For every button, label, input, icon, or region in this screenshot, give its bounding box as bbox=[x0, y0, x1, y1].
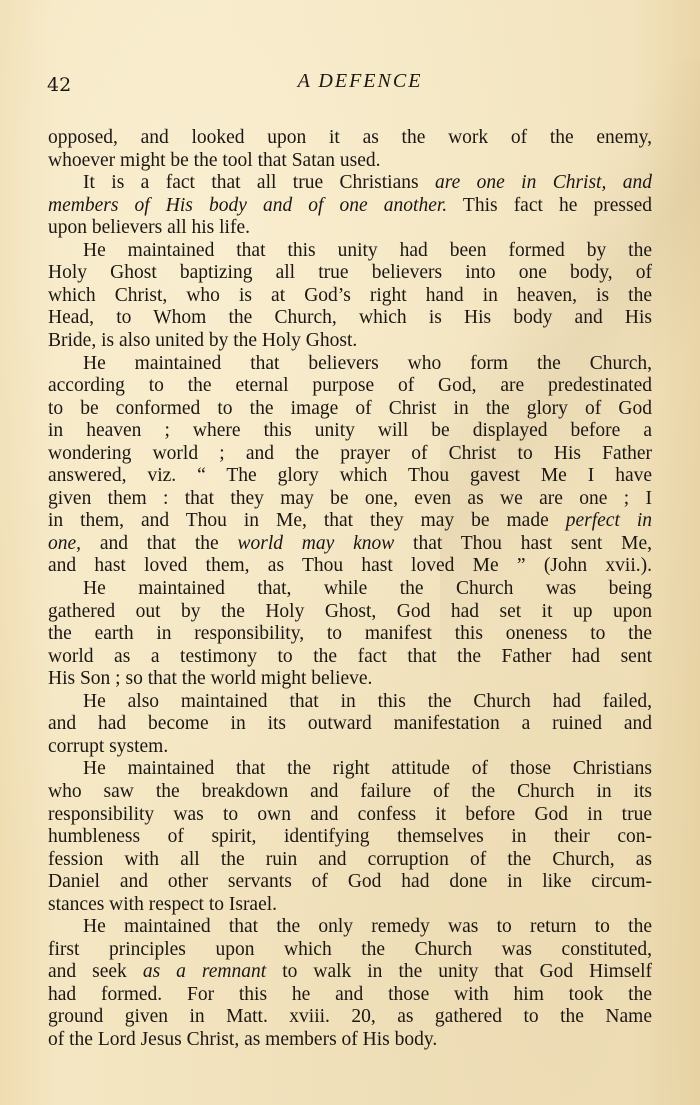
text-line: whoever might be the tool that Satan use… bbox=[48, 149, 652, 173]
italic-text: members of His body and of one another. bbox=[48, 195, 447, 216]
line-text: in heaven ; where this unity will be dis… bbox=[48, 420, 652, 441]
text-line: He also maintained that in this the Chur… bbox=[48, 690, 652, 714]
text-line: in heaven ; where this unity will be dis… bbox=[48, 419, 652, 443]
text-line: He maintained that the right attitude of… bbox=[48, 757, 652, 781]
line-text: gathered out by the Holy Ghost, God had … bbox=[48, 601, 652, 622]
line-text: to walk in the unity that God Himself bbox=[266, 961, 652, 982]
line-text: He maintained that believers who form th… bbox=[83, 353, 652, 374]
text-line: and hast loved them, as Thou hast loved … bbox=[48, 554, 652, 578]
text-line: He maintained that this unity had been f… bbox=[48, 239, 652, 263]
line-text: He maintained that, while the Church was… bbox=[83, 578, 652, 599]
line-text: corrupt system. bbox=[48, 736, 168, 757]
line-text: Bride, is also united by the Holy Ghost. bbox=[48, 330, 357, 351]
text-line: which Christ, who is at God’s right hand… bbox=[48, 284, 652, 308]
text-line: fession with all the ruin and corruption… bbox=[48, 848, 652, 872]
line-text: had formed. For this he and those with h… bbox=[48, 984, 652, 1005]
text-line: and seek as a remnant to walk in the uni… bbox=[48, 960, 652, 984]
text-line: one, and that the world may know that Th… bbox=[48, 532, 652, 556]
text-line: It is a fact that all true Christians ar… bbox=[48, 171, 652, 195]
italic-text: as a remnant bbox=[143, 961, 266, 982]
line-text: given them : that they may be one, even … bbox=[48, 488, 652, 509]
text-line: wondering world ; and the prayer of Chri… bbox=[48, 442, 652, 466]
line-text: This fact he pressed bbox=[447, 195, 652, 216]
text-line: opposed, and looked upon it as the work … bbox=[48, 126, 652, 150]
line-text: answered, viz. “ The glory which Thou ga… bbox=[48, 465, 652, 486]
text-line: who saw the breakdown and failure of the… bbox=[48, 780, 652, 804]
text-line: given them : that they may be one, even … bbox=[48, 487, 652, 511]
line-text: ground given in Matt. xviii. 20, as gath… bbox=[48, 1006, 652, 1027]
line-text: and hast loved them, as Thou hast loved … bbox=[48, 555, 652, 576]
line-text: which Christ, who is at God’s right hand… bbox=[48, 285, 652, 306]
text-line: responsibility was to own and confess it… bbox=[48, 803, 652, 827]
text-line: Bride, is also united by the Holy Ghost. bbox=[48, 329, 652, 353]
text-line: He maintained that, while the Church was… bbox=[48, 577, 652, 601]
running-title: A DEFENCE bbox=[0, 70, 700, 93]
text-line: Daniel and other servants of God had don… bbox=[48, 870, 652, 894]
line-text: first principles upon which the Church w… bbox=[48, 939, 652, 960]
line-text: and had become in its outward manifestat… bbox=[48, 713, 652, 734]
line-text: in them, and Thou in Me, that they may b… bbox=[48, 510, 566, 531]
line-text: according to the eternal purpose of God,… bbox=[48, 375, 652, 396]
line-text: opposed, and looked upon it as the work … bbox=[48, 127, 652, 148]
text-line: gathered out by the Holy Ghost, God had … bbox=[48, 600, 652, 624]
text-line: upon believers all his life. bbox=[48, 216, 652, 240]
line-text: and that the bbox=[81, 533, 237, 554]
text-line: humbleness of spirit, identifying themse… bbox=[48, 825, 652, 849]
line-text: His Son ; so that the world might believ… bbox=[48, 668, 372, 689]
italic-text: one, bbox=[48, 533, 81, 554]
text-line: corrupt system. bbox=[48, 735, 652, 759]
line-text: He maintained that the right attitude of… bbox=[83, 758, 652, 779]
line-text: wondering world ; and the prayer of Chri… bbox=[48, 443, 652, 464]
line-text: that Thou hast sent Me, bbox=[394, 533, 652, 554]
line-text: responsibility was to own and confess it… bbox=[48, 804, 652, 825]
text-line: first principles upon which the Church w… bbox=[48, 938, 652, 962]
line-text: fession with all the ruin and corruption… bbox=[48, 849, 652, 870]
line-text: Head, to Whom the Church, which is His b… bbox=[48, 307, 652, 328]
text-line: stances with respect to Israel. bbox=[48, 893, 652, 917]
page-header: 42 A DEFENCE bbox=[0, 70, 700, 100]
text-line: according to the eternal purpose of God,… bbox=[48, 374, 652, 398]
line-text: the earth in responsibility, to manifest… bbox=[48, 623, 652, 644]
text-line: to be conformed to the image of Christ i… bbox=[48, 397, 652, 421]
line-text: humbleness of spirit, identifying themse… bbox=[48, 826, 652, 847]
text-line: and had become in its outward manifestat… bbox=[48, 712, 652, 736]
text-line: in them, and Thou in Me, that they may b… bbox=[48, 509, 652, 533]
text-line: ground given in Matt. xviii. 20, as gath… bbox=[48, 1005, 652, 1029]
line-text: stances with respect to Israel. bbox=[48, 894, 277, 915]
line-text: to be conformed to the image of Christ i… bbox=[48, 398, 652, 419]
text-line: Holy Ghost baptizing all true believers … bbox=[48, 261, 652, 285]
line-text: whoever might be the tool that Satan use… bbox=[48, 150, 381, 171]
text-line: He maintained that the only remedy was t… bbox=[48, 915, 652, 939]
line-text: It is a fact that all true Christians bbox=[83, 172, 435, 193]
text-line: world as a testimony to the fact that th… bbox=[48, 645, 652, 669]
text-line: answered, viz. “ The glory which Thou ga… bbox=[48, 464, 652, 488]
text-line: Head, to Whom the Church, which is His b… bbox=[48, 306, 652, 330]
text-line: the earth in responsibility, to manifest… bbox=[48, 622, 652, 646]
line-text: He also maintained that in this the Chur… bbox=[83, 691, 652, 712]
line-text: He maintained that the only remedy was t… bbox=[83, 916, 652, 937]
line-text: world as a testimony to the fact that th… bbox=[48, 646, 652, 667]
line-text: of the Lord Jesus Christ, as members of … bbox=[48, 1029, 437, 1050]
text-line: members of His body and of one another. … bbox=[48, 194, 652, 218]
text-line: He maintained that believers who form th… bbox=[48, 352, 652, 376]
text-line: had formed. For this he and those with h… bbox=[48, 983, 652, 1007]
book-page: 42 A DEFENCE opposed, and looked upon it… bbox=[0, 0, 700, 1105]
italic-text: perfect in bbox=[566, 510, 652, 531]
text-line: His Son ; so that the world might believ… bbox=[48, 667, 652, 691]
line-text: Daniel and other servants of God had don… bbox=[48, 871, 652, 892]
text-line: of the Lord Jesus Christ, as members of … bbox=[48, 1028, 652, 1052]
line-text: who saw the breakdown and failure of the… bbox=[48, 781, 652, 802]
line-text: and seek bbox=[48, 961, 143, 982]
italic-text: are one in Christ, and bbox=[435, 172, 652, 193]
line-text: He maintained that this unity had been f… bbox=[83, 240, 652, 261]
italic-text: world may know bbox=[237, 533, 394, 554]
line-text: upon believers all his life. bbox=[48, 217, 250, 238]
line-text: Holy Ghost baptizing all true believers … bbox=[48, 262, 652, 283]
